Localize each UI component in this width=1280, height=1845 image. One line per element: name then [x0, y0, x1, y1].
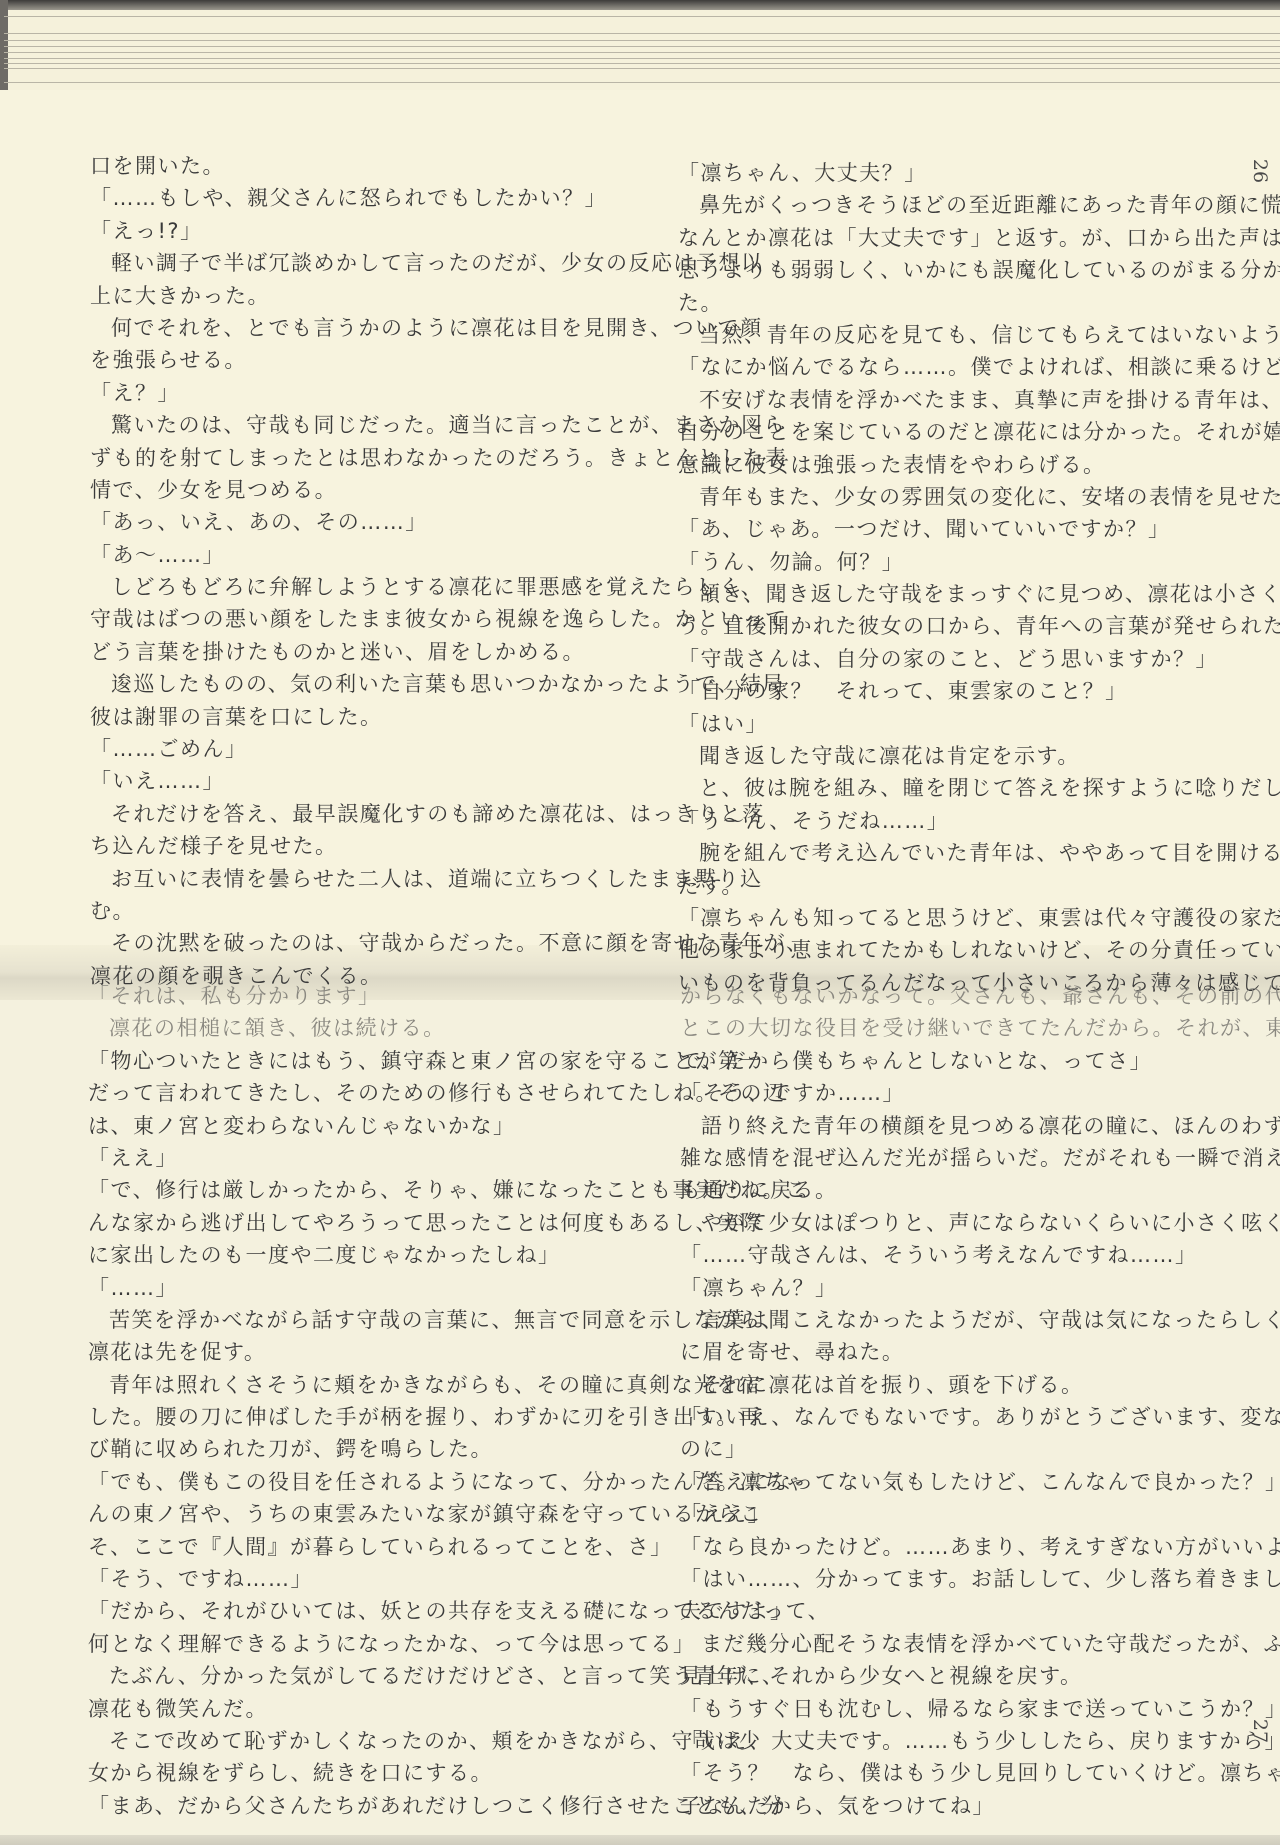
- spine-shadow: [0, 0, 8, 90]
- text-line: 雑な感情を混ぜ込んだ光が揺らいだ。だがそれも一瞬で消え、いつ: [680, 1142, 1280, 1174]
- text-line: 意識に彼女は強張った表情をやわらげる。: [678, 449, 1280, 481]
- text-line: 「守哉さんは、自分の家のこと、どう思いますか？」: [678, 643, 1280, 675]
- text-line: 「凛ちゃん？」: [680, 1272, 1280, 1304]
- text-line: 「う～ん、そうだね……」: [678, 805, 1280, 837]
- text-line: 「もうすぐ日も沈むし、帰るなら家まで送っていこうか？」: [680, 1693, 1280, 1725]
- text-line: からなくもないかなって。父さんも、爺さんも、その前の代も、ずっ: [680, 980, 1280, 1012]
- text-line: 「あ、じゃあ。一つだけ、聞いていいですか？」: [678, 513, 1280, 545]
- text-line: 夫ですよ」: [680, 1595, 1280, 1627]
- text-line: 「ええ」: [680, 1498, 1280, 1530]
- text-line: 不安げな表情を浮かべたまま、真摯に声を掛ける青年は、心から: [678, 384, 1280, 416]
- page-edge-line: [4, 63, 1280, 64]
- text-line: 語り終えた青年の横顔を見つめる凛花の瞳に、ほんのわずか、複: [680, 1110, 1280, 1142]
- text-line: 腕を組んで考え込んでいた青年は、ややあって目を開けると、語り: [678, 837, 1280, 869]
- text-line: 頷き、聞き返した守哉をまっすぐに見つめ、凛花は小さく息を吸: [678, 578, 1280, 610]
- text-line: 「凛ちゃんも知ってると思うけど、東雲は代々守護役の家だからね。: [678, 902, 1280, 934]
- text-line: 「凛ちゃん、大丈夫？」: [678, 157, 1280, 189]
- text-line: 「答えになってない気もしたけど、こんなんで良かった？」: [680, 1466, 1280, 1498]
- text-line: 「そう、ですか……」: [680, 1077, 1280, 1109]
- text-line: 「うん、勿論。何？」: [678, 546, 1280, 578]
- text-line: なんとか凛花は「大丈夫です」と返す。が、口から出た声は彼女が: [678, 222, 1280, 254]
- text-line: とこの大切な役目を受け継いできてたんだから。それが、東雲の家: [680, 1012, 1280, 1044]
- text-line: た。: [678, 287, 1280, 319]
- page-edge-line: [4, 33, 1280, 34]
- text-line: 青年もまた、少女の雰囲気の変化に、安堵の表情を見せた。: [678, 481, 1280, 513]
- text-line: 「そう？ なら、僕はもう少し見回りしていくけど。凛ちゃんは女の: [680, 1757, 1280, 1789]
- text-block-upper-right: 「凛ちゃん、大丈夫？」鼻先がくっつきそうほどの至近距離にあった青年の顔に慌てつつ…: [678, 157, 1280, 999]
- page-edge-line: [4, 46, 1280, 47]
- background-shadow: [0, 0, 1280, 10]
- text-line: 言葉は聞こえなかったようだが、守哉は気になったらしく、訝しげ: [680, 1304, 1280, 1336]
- text-line: 「はい」: [678, 708, 1280, 740]
- text-line: 「はい……、分かってます。お話しして、少し落ち着きましたし、大丈: [680, 1563, 1280, 1595]
- text-line: と、彼は腕を組み、瞳を閉じて答えを探すように唸りだした。: [678, 772, 1280, 804]
- page-stack-edges: [0, 0, 1280, 90]
- text-line: 当然、青年の反応を見ても、信じてもらえてはいないようだ。: [678, 319, 1280, 351]
- page-bottom-edge: [0, 1835, 1280, 1845]
- text-line: 見上げ、それから少女へと視線を戻す。: [680, 1660, 1280, 1692]
- text-line: 鼻先がくっつきそうほどの至近距離にあった青年の顔に慌てつつ、: [678, 189, 1280, 221]
- text-line: 他の家より恵まれてたかもしれないけど、その分責任っていうか、重: [678, 934, 1280, 966]
- page-edge-line: [4, 40, 1280, 41]
- text-line: 「いえ、大丈夫です。……もう少ししたら、戻りますから」: [680, 1725, 1280, 1757]
- text-line: に眉を寄せ、尋ねた。: [680, 1336, 1280, 1368]
- text-line: 聞き返した守哉に凛花は肯定を示す。: [678, 740, 1280, 772]
- text-line: で、だから僕もちゃんとしないとな、ってさ」: [680, 1045, 1280, 1077]
- text-line: 思うよりも弱弱しく、いかにも誤魔化しているのがまる分かりだっ: [678, 254, 1280, 286]
- text-line: だす。: [678, 870, 1280, 902]
- text-line: 「……守哉さんは、そういう考えなんですね……」: [680, 1239, 1280, 1271]
- text-line: 自分のことを案じているのだと凛花には分かった。それが嬉しく、無: [678, 416, 1280, 448]
- page-edge-line: [4, 16, 1280, 17]
- text-line: も通りに戻る。: [680, 1174, 1280, 1206]
- text-line: 「なら良かったけど。……あまり、考えすぎない方がいいよ？」: [680, 1531, 1280, 1563]
- text-line: まだ幾分心配そうな表情を浮かべていた守哉だったが、ふと空を: [680, 1628, 1280, 1660]
- page-edge-line: [4, 58, 1280, 59]
- text-line: 「なにか悩んでるなら……。僕でよければ、相談に乗るけど」: [678, 351, 1280, 383]
- text-line: のに」: [680, 1433, 1280, 1465]
- page-edge-line: [4, 52, 1280, 53]
- page-edge-line: [4, 82, 1280, 83]
- text-line: それに凛花は首を振り、頭を下げる。: [680, 1369, 1280, 1401]
- text-line: 「いいえ、なんでもないです。ありがとうございます、変なこと訊いた: [680, 1401, 1280, 1433]
- page-edge-line: [4, 68, 1280, 69]
- text-line: 子なんだから、気をつけてね」: [680, 1790, 1280, 1822]
- text-block-lower-right: からなくもないかなって。父さんも、爺さんも、その前の代も、ずっとこの大切な役目を…: [680, 980, 1280, 1822]
- text-line: う。直後開かれた彼女の口から、青年への言葉が発せられた。: [678, 610, 1280, 642]
- text-line: 「自分の家？ それって、東雲家のこと？」: [678, 675, 1280, 707]
- text-line: やがて少女はぽつりと、声にならないくらいに小さく呟く。: [680, 1207, 1280, 1239]
